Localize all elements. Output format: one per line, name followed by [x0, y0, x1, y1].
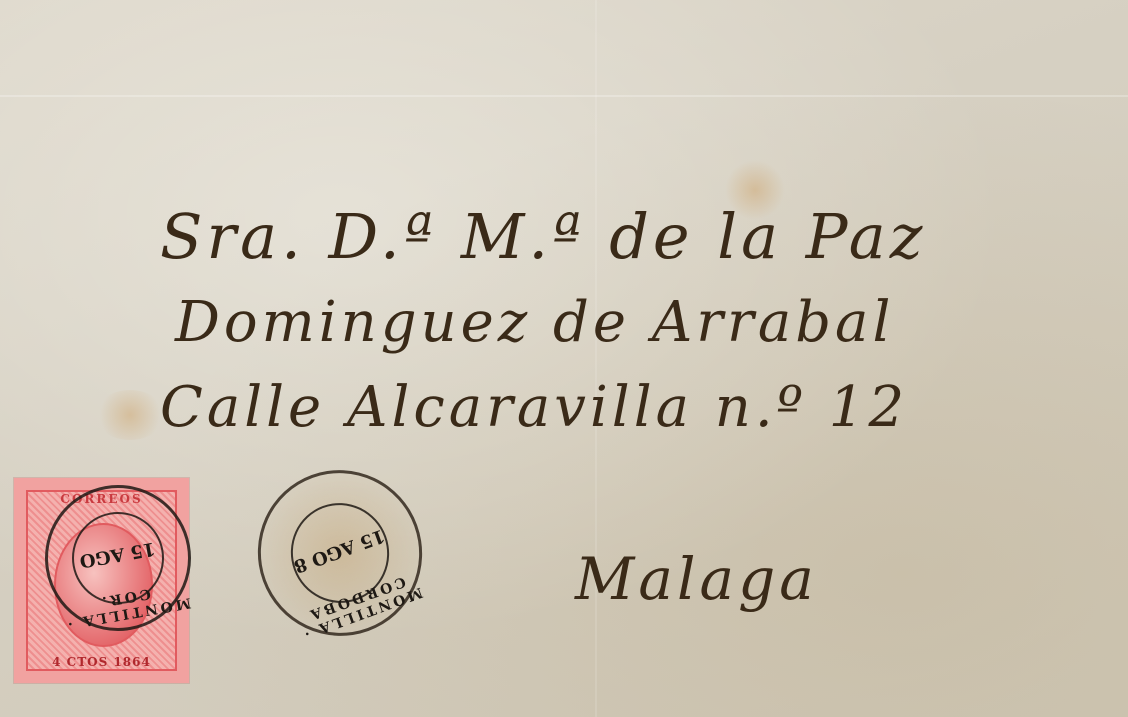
- address-street: Calle Alcaravilla n.º 12: [160, 375, 908, 440]
- fold-crease: [0, 95, 1128, 97]
- address-recipient: Sra. D.ª M.ª de la Paz: [160, 200, 926, 273]
- envelope: Sra. D.ª M.ª de la Paz Dominguez de Arra…: [0, 0, 1128, 717]
- stamp-value-text: 4 CTOS 1864: [14, 655, 189, 669]
- postmark-cordoba: MONTILLA · CORDOBA 15 AGO 8: [235, 447, 446, 659]
- address-surname: Dominguez de Arrabal: [175, 290, 894, 355]
- paper-stain: [95, 390, 165, 440]
- address-city: Malaga: [575, 545, 818, 613]
